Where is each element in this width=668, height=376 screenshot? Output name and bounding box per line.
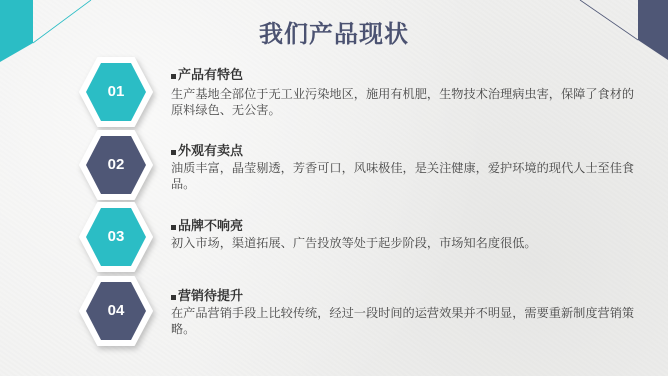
item-heading: 品牌不响亮	[178, 219, 243, 235]
hexagon-badge-03: 03	[79, 202, 153, 272]
item-heading: 外观有卖点	[178, 144, 243, 160]
item-number: 03	[79, 202, 153, 272]
square-bullet-icon	[171, 225, 176, 230]
hexagon-badge-02: 02	[79, 130, 153, 200]
item-description: 油质丰富，晶莹剔透，芳香可口，风味极佳，是关注健康，爱护环境的现代人士至佳食品。	[171, 160, 641, 192]
item-number: 02	[79, 130, 153, 200]
square-bullet-icon	[171, 295, 176, 300]
hexagon-badge-04: 04	[79, 276, 153, 346]
item-description: 在产品营销手段上比较传统，经过一段时间的运营效果并不明显，需要重新制度营销策略。	[171, 305, 641, 337]
status-item-04: 营销待提升 在产品营销手段上比较传统，经过一段时间的运营效果并不明显，需要重新制…	[171, 289, 641, 337]
item-heading: 营销待提升	[178, 289, 243, 305]
item-heading: 产品有特色	[178, 68, 243, 84]
status-item-02: 外观有卖点 油质丰富，晶莹剔透，芳香可口，风味极佳，是关注健康，爱护环境的现代人…	[171, 144, 641, 192]
item-number: 01	[79, 57, 153, 127]
slide-title: 我们产品现状	[0, 14, 668, 49]
hexagon-badge-01: 01	[79, 57, 153, 127]
square-bullet-icon	[171, 150, 176, 155]
status-item-01: 产品有特色 生产基地全部位于无工业污染地区，施用有机肥，生物技术治理病虫害，保障…	[171, 68, 641, 118]
square-bullet-icon	[171, 74, 176, 79]
item-description: 生产基地全部位于无工业污染地区，施用有机肥，生物技术治理病虫害，保障了食材的原料…	[171, 86, 641, 118]
item-description: 初入市场，渠道拓展、广告投放等处于起步阶段，市场知名度很低。	[171, 235, 641, 251]
status-item-03: 品牌不响亮 初入市场，渠道拓展、广告投放等处于起步阶段，市场知名度很低。	[171, 219, 641, 251]
item-number: 04	[79, 276, 153, 346]
